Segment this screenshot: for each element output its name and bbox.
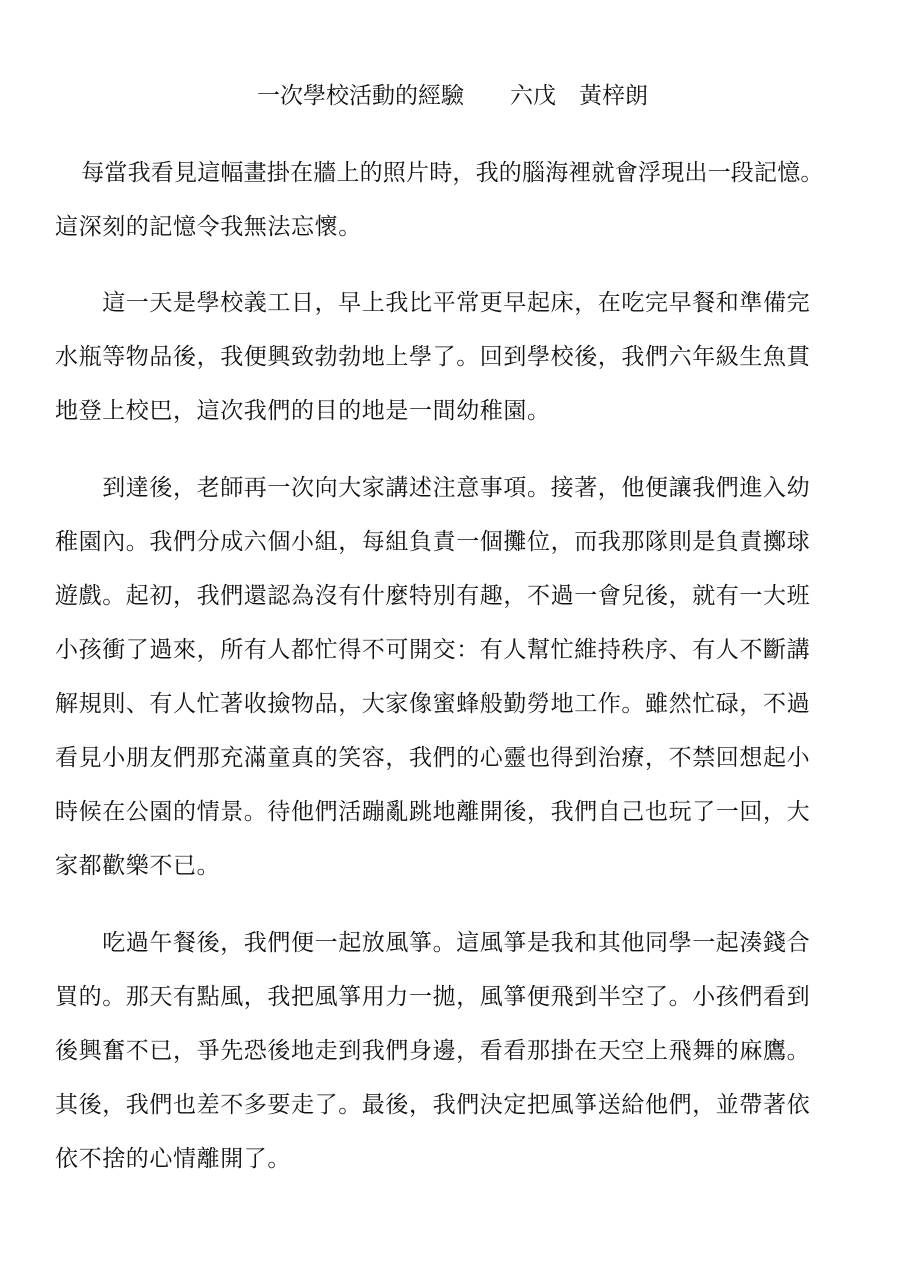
- text-line: 水瓶等物品後，我便興致勃勃地上學了。回到學校後，我們六年級生魚貫: [55, 341, 810, 373]
- text-line: 每當我看見這幅畫掛在牆上的照片時，我的腦海裡就會浮現出一段記憶。: [58, 157, 824, 189]
- text-line: 家都歡樂不已。: [55, 850, 220, 882]
- text-line: 解規則、有人忙著收撿物品，大家像蜜蜂般勤勞地工作。雖然忙碌，不過: [55, 688, 810, 720]
- text-line: 依不捨的心情離開了。: [55, 1143, 291, 1175]
- text-line: 小孩衝了過來，所有人都忙得不可開交：有人幫忙維持秩序、有人不斷講: [55, 634, 810, 666]
- text-line: 稚園內。我們分成六個小組，每組負責一個攤位，而我那隊則是負責擲球: [55, 526, 810, 558]
- text-line: 吃過午餐後，我們便一起放風箏。這風箏是我和其他同學一起湊錢合: [55, 927, 810, 959]
- text-line: 其後，我們也差不多要走了。最後，我們決定把風箏送給他們，並帶著依: [55, 1089, 810, 1121]
- text-line: 買的。那天有點風，我把風箏用力一拋，風箏便飛到半空了。小孩們看到: [55, 981, 810, 1013]
- document-page: 一次學校活動的經驗 六戊 黃梓朗 每當我看見這幅畫掛在牆上的照片時，我的腦海裡就…: [0, 0, 905, 1280]
- text-line: 地登上校巴，這次我們的目的地是一間幼稚園。: [55, 395, 551, 427]
- text-line: 後興奮不已，爭先恐後地走到我們身邊，看看那掛在天空上飛舞的麻鷹。: [55, 1035, 810, 1067]
- text-line: 時候在公園的情景。待他們活蹦亂跳地離開後，我們自己也玩了一回，大: [55, 796, 810, 828]
- text-line: 看見小朋友們那充滿童真的笑容，我們的心靈也得到治療，不禁回想起小: [55, 742, 810, 774]
- text-line: 遊戲。起初，我們還認為沒有什麼特別有趣，不過一會兒後，就有一大班: [55, 580, 810, 612]
- text-line: 這一天是學校義工日，早上我比平常更早起床，在吃完早餐和準備完: [55, 287, 810, 319]
- document-title: 一次學校活動的經驗 六戊 黃梓朗: [0, 80, 905, 112]
- text-line: 到達後，老師再一次向大家講述注意事項。接著，他便讓我們進入幼: [55, 472, 810, 504]
- text-line: 這深刻的記憶令我無法忘懷。: [55, 211, 362, 243]
